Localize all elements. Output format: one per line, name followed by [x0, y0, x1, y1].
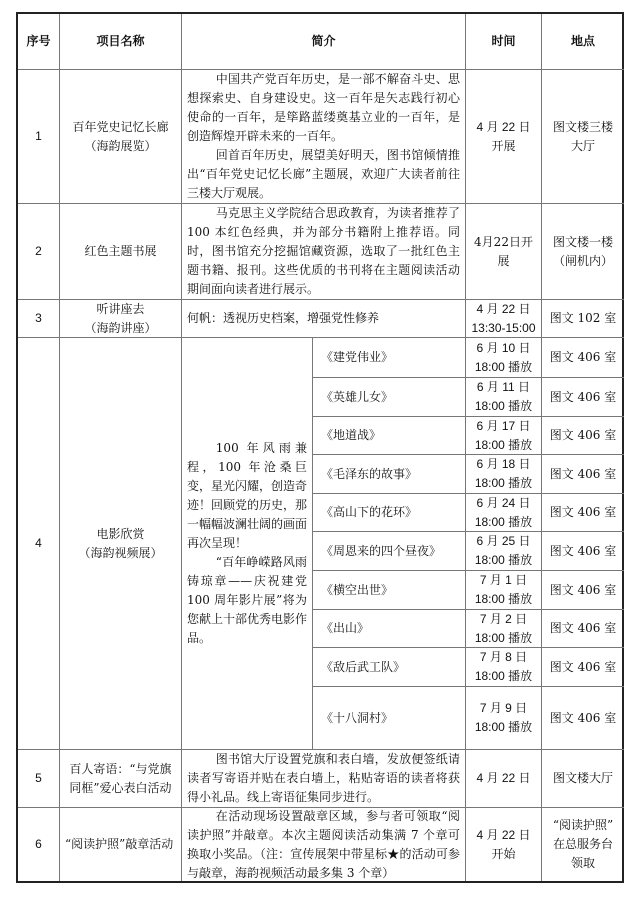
row-3-hours: 13:30-15:00 — [471, 319, 535, 338]
row-2-no: 2 — [18, 204, 60, 300]
film-time: 7 月 9 日18:00 播放 — [466, 687, 542, 750]
row-1-no: 1 — [18, 70, 60, 204]
film-place: 图文 406 室 — [542, 610, 624, 648]
row-4-intro-p2: “百年峥嵘路风雨铸琼章——庆祝建党 100 周年影片展”将为您献上十部优秀电影作… — [187, 553, 307, 648]
film-date: 7 月 9 日 — [480, 699, 527, 718]
film-title: 《建党伟业》 — [313, 338, 466, 378]
row-6-intro: 在活动现场设置敲章区域，参与者可领取“阅读护照”并敲章。本次主题阅读活动集满 7… — [182, 808, 466, 881]
film-showtime: 18:00 播放 — [475, 590, 532, 609]
film-date: 6 月 10 日 — [476, 339, 530, 358]
film-place: 图文 406 室 — [542, 648, 624, 687]
film-showtime: 18:00 播放 — [475, 551, 532, 570]
row-3-place: 图文 102 室 — [542, 300, 624, 338]
row-2-name: 红色主题书展 — [60, 204, 182, 300]
row-2-place-line2: （闸机内） — [553, 252, 613, 271]
film-time: 6 月 24 日18:00 播放 — [466, 494, 542, 532]
film-time: 6 月 11 日18:00 播放 — [466, 378, 542, 417]
row-6-place-line2: 在总服务台 — [553, 835, 613, 854]
film-date: 6 月 25 日 — [476, 532, 530, 551]
row-5-place: 图文楼大厅 — [542, 750, 624, 808]
row-1-intro-p2: 回首百年历史，展望美好明天，图书馆倾情推出“百年党史记忆长廊”主题展，欢迎广大读… — [187, 146, 460, 203]
film-place: 图文 406 室 — [542, 571, 624, 610]
row-3-name-line2: （海韵讲座） — [84, 319, 156, 338]
row-6-intro-p1: 在活动现场设置敲章区域，参与者可领取“阅读护照”并敲章。本次主题阅读活动集满 7… — [187, 807, 460, 883]
header-time: 时间 — [466, 14, 542, 70]
row-6-time: 4 月 22 日 开始 — [466, 808, 542, 881]
row-6-date: 4 月 22 日 — [476, 826, 530, 845]
row-4-name-line2: （海韵视频展） — [78, 544, 162, 563]
row-3-no: 3 — [18, 300, 60, 338]
film-place: 图文 406 室 — [542, 338, 624, 378]
film-showtime: 18:00 播放 — [475, 436, 532, 455]
film-time: 6 月 25 日18:00 播放 — [466, 532, 542, 571]
row-3-name-line1: 听讲座去 — [96, 300, 144, 319]
row-1-name-line2: （海韵展览） — [84, 137, 156, 156]
row-1-intro: 中国共产党百年历史，是一部不解奋斗史、思想探索史、自身建设史。这一百年是矢志践行… — [182, 70, 466, 204]
film-place: 图文 406 室 — [542, 532, 624, 571]
row-1-date: 4 月 22 日 — [476, 118, 530, 137]
row-1-intro-p1: 中国共产党百年历史，是一部不解奋斗史、思想探索史、自身建设史。这一百年是矢志践行… — [187, 70, 460, 146]
row-5-intro-p1: 图书馆大厅设置党旗和表白墙，发放便签纸请读者写寄语并贴在表白墙上，粘贴寄语的读者… — [187, 750, 460, 807]
film-showtime: 18:00 播放 — [475, 397, 532, 416]
film-place: 图文 406 室 — [542, 378, 624, 417]
film-time: 6 月 17 日18:00 播放 — [466, 417, 542, 455]
film-showtime: 18:00 播放 — [475, 358, 532, 377]
row-6-place: “阅读护照” 在总服务台 领取 — [542, 808, 624, 881]
film-time: 7 月 8 日18:00 播放 — [466, 648, 542, 687]
row-6-time-note: 开始 — [491, 845, 515, 864]
row-4-name: 电影欣赏 （海韵视频展） — [60, 338, 182, 750]
film-title: 《地道战》 — [313, 417, 466, 455]
row-2-time-line2: 展 — [497, 252, 509, 271]
row-6-no: 6 — [18, 808, 60, 881]
row-2-intro: 马克思主义学院结合思政教育，为读者推荐了 100 本红色经典，并为部分书籍附上推… — [182, 204, 466, 300]
film-showtime: 18:00 播放 — [475, 513, 532, 532]
row-3-time: 4 月 22 日 13:30-15:00 — [466, 300, 542, 338]
row-1-place-line1: 图文楼三楼 — [553, 118, 613, 137]
row-5-name: 百人寄语：“与党旗同框”爱心表白活动 — [60, 750, 182, 808]
row-1-time: 4 月 22 日 开展 — [466, 70, 542, 204]
row-1-name-line1: 百年党史记忆长廊 — [72, 118, 168, 137]
row-2-intro-p1: 马克思主义学院结合思政教育，为读者推荐了 100 本红色经典，并为部分书籍附上推… — [187, 204, 460, 299]
film-time: 6 月 18 日18:00 播放 — [466, 455, 542, 494]
film-time: 6 月 10 日18:00 播放 — [466, 338, 542, 378]
row-2-place: 图文楼一楼 （闸机内） — [542, 204, 624, 300]
film-title: 《出山》 — [313, 610, 466, 648]
activity-table: 序号 项目名称 简介 时间 地点 1 百年党史记忆长廊 （海韵展览） 中国共产党… — [16, 12, 624, 883]
film-date: 7 月 1 日 — [480, 571, 527, 590]
film-place: 图文 406 室 — [542, 687, 624, 750]
row-1-place: 图文楼三楼 大厅 — [542, 70, 624, 204]
row-2-time-line1: 4月22日开 — [474, 233, 533, 252]
film-date: 6 月 18 日 — [476, 455, 530, 474]
film-title: 《横空出世》 — [313, 571, 466, 610]
film-title: 《毛泽东的故事》 — [313, 455, 466, 494]
row-5-no: 5 — [18, 750, 60, 808]
film-title: 《敌后武工队》 — [313, 648, 466, 687]
row-6-place-line3: 领取 — [571, 854, 595, 873]
film-title: 《高山下的花环》 — [313, 494, 466, 532]
film-date: 6 月 17 日 — [476, 417, 530, 436]
film-showtime: 18:00 播放 — [475, 629, 532, 648]
film-time: 7 月 2 日18:00 播放 — [466, 610, 542, 648]
row-1-time-note: 开展 — [491, 137, 515, 156]
row-6-place-line1: “阅读护照” — [553, 816, 613, 835]
film-date: 7 月 8 日 — [480, 648, 527, 667]
film-date: 7 月 2 日 — [480, 610, 527, 629]
film-place: 图文 406 室 — [542, 455, 624, 494]
row-3-intro: 何帆：透视历史档案，增强党性修养 — [182, 300, 466, 338]
header-name: 项目名称 — [60, 14, 182, 70]
film-showtime: 18:00 播放 — [475, 718, 532, 737]
row-4-intro: 100 年风雨兼程，100 年沧桑巨变，星光闪耀，创造奇迹！回顾党的历史，那一幅… — [182, 338, 313, 750]
row-4-intro-p1: 100 年风雨兼程，100 年沧桑巨变，星光闪耀，创造奇迹！回顾党的历史，那一幅… — [187, 439, 307, 553]
header-place: 地点 — [542, 14, 624, 70]
film-place: 图文 406 室 — [542, 494, 624, 532]
film-time: 7 月 1 日18:00 播放 — [466, 571, 542, 610]
row-5-time: 4 月 22 日 — [466, 750, 542, 808]
row-4-name-line1: 电影欣赏 — [96, 525, 144, 544]
row-1-place-line2: 大厅 — [571, 137, 595, 156]
film-title: 《周恩来的四个昼夜》 — [313, 532, 466, 571]
row-6-name: “阅读护照”敲章活动 — [60, 808, 182, 881]
row-4-no: 4 — [18, 338, 60, 750]
film-title: 《十八洞村》 — [313, 687, 466, 750]
row-3-date: 4 月 22 日 — [476, 300, 530, 319]
row-2-place-line1: 图文楼一楼 — [553, 233, 613, 252]
film-date: 6 月 11 日 — [477, 378, 530, 397]
row-1-name: 百年党史记忆长廊 （海韵展览） — [60, 70, 182, 204]
film-date: 6 月 24 日 — [476, 494, 530, 513]
row-2-time: 4月22日开 展 — [466, 204, 542, 300]
header-no: 序号 — [18, 14, 60, 70]
header-intro: 简介 — [182, 14, 466, 70]
film-place: 图文 406 室 — [542, 417, 624, 455]
row-3-name: 听讲座去 （海韵讲座） — [60, 300, 182, 338]
film-title: 《英雄儿女》 — [313, 378, 466, 417]
film-showtime: 18:00 播放 — [475, 667, 532, 686]
row-5-intro: 图书馆大厅设置党旗和表白墙，发放便签纸请读者写寄语并贴在表白墙上，粘贴寄语的读者… — [182, 750, 466, 808]
film-showtime: 18:00 播放 — [475, 474, 532, 493]
